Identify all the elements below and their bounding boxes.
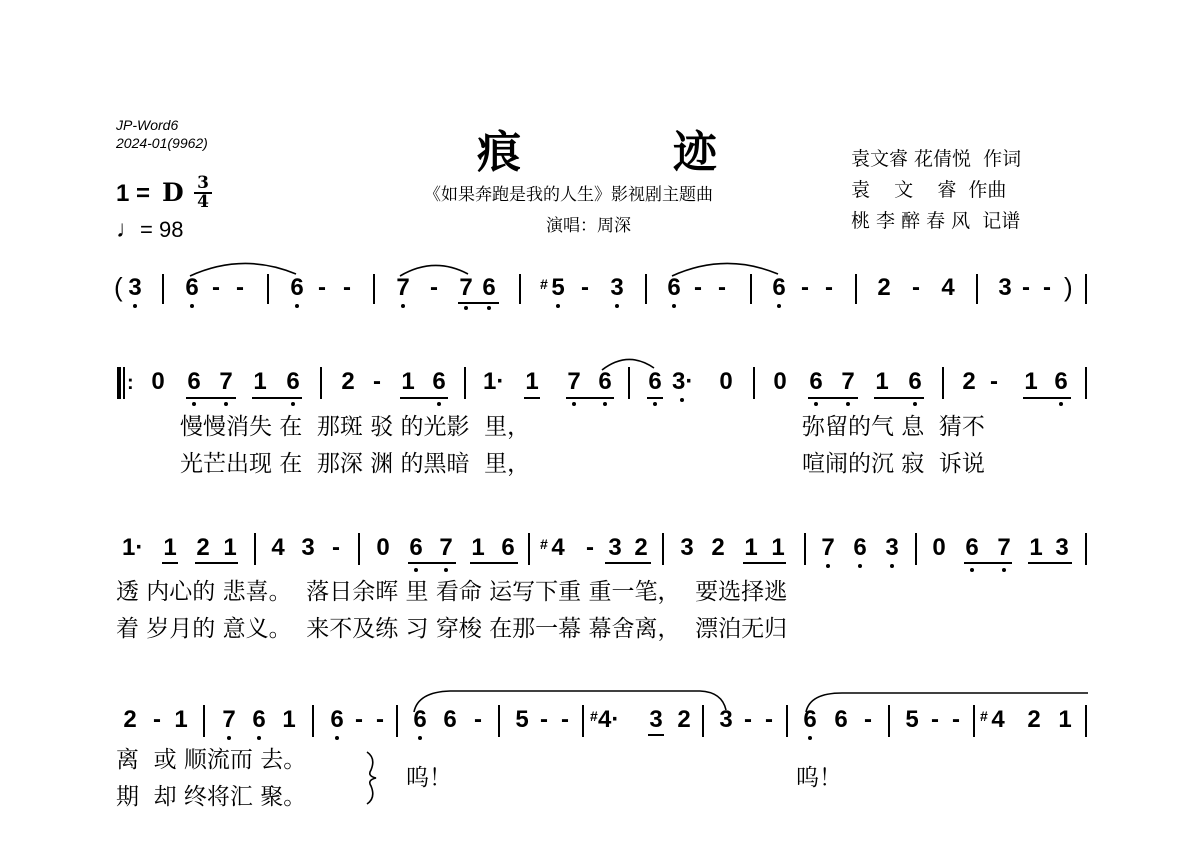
note: 6: [283, 368, 303, 396]
underline: [408, 562, 456, 564]
note: #5: [548, 274, 568, 302]
open-parenthesis: (: [114, 272, 123, 303]
repeat-dots: :: [127, 372, 134, 395]
note: 1: [220, 534, 240, 562]
bar-line: [320, 367, 322, 399]
note: 2: [708, 534, 728, 562]
bar-line: [528, 533, 530, 565]
note: 3·: [672, 368, 692, 396]
bar-line: [519, 274, 521, 304]
note: 7: [456, 274, 476, 302]
credits-lyricist: 袁文睿 花倩悦 作词: [851, 144, 1021, 175]
note: 3: [1052, 534, 1072, 562]
lyrics-verse1-line2a: 慢慢消失 在 那斑 驳 的光影 里，: [180, 413, 530, 441]
underline: [162, 562, 178, 564]
slur: [398, 258, 470, 278]
bar-line: [645, 274, 647, 304]
underline: [874, 397, 924, 399]
bar-line: [254, 533, 256, 565]
note: 1: [741, 534, 761, 562]
note: 6: [806, 368, 826, 396]
dash: -: [367, 368, 387, 396]
note: 6: [595, 368, 615, 396]
dash: -: [370, 706, 390, 734]
note: 6: [249, 706, 269, 734]
bar-line: [662, 533, 664, 565]
underline: [186, 397, 236, 399]
bar-line: [464, 367, 466, 399]
note: 6: [850, 534, 870, 562]
note: 7: [818, 534, 838, 562]
note: 6: [287, 274, 307, 302]
subtitle: 《如果奔跑是我的人生》影视剧主题曲: [424, 180, 713, 205]
lyrics-verse2-line4: 期 却 终将汇 聚。: [116, 783, 306, 811]
time-signature: 3 4: [194, 176, 212, 210]
underline: [808, 397, 858, 399]
dash: -: [580, 534, 600, 562]
dash: -: [906, 274, 926, 302]
note: 0: [716, 368, 736, 396]
dash: -: [206, 274, 226, 302]
note: 1: [468, 534, 488, 562]
note: 0: [148, 368, 168, 396]
note: 3: [125, 274, 145, 302]
bar-line: [753, 367, 755, 399]
underline: [1028, 562, 1072, 564]
note: 2: [120, 706, 140, 734]
dash: -: [1037, 274, 1057, 302]
bar-line: [855, 274, 857, 304]
underline: [195, 562, 238, 564]
dash: -: [984, 368, 1004, 396]
dash: -: [575, 274, 595, 302]
note: 6: [479, 274, 499, 302]
note: 1: [279, 706, 299, 734]
singer: 演唱：周深: [546, 211, 631, 236]
note: 1·: [122, 534, 142, 562]
bar-line: [267, 274, 269, 304]
underline: [524, 397, 540, 399]
tempo: ♩= 98: [116, 216, 183, 244]
slur: [600, 352, 658, 372]
note: 6: [184, 368, 204, 396]
software-name: JP-Word6: [116, 117, 178, 134]
note: 2: [631, 534, 651, 562]
lyrics-verse1-line2b: 弥留的气 息 猜不: [802, 413, 985, 441]
note: 7: [219, 706, 239, 734]
note: 3: [995, 274, 1015, 302]
dash: -: [795, 274, 815, 302]
note: 6: [498, 534, 518, 562]
dash: -: [712, 274, 732, 302]
dash: -: [230, 274, 250, 302]
dash: -: [349, 706, 369, 734]
close-parenthesis: ): [1064, 272, 1073, 303]
bar-line: [1085, 533, 1087, 565]
note: 3: [298, 534, 318, 562]
dash: -: [819, 274, 839, 302]
note: 1: [160, 534, 180, 562]
note: 7: [994, 534, 1014, 562]
underline: [252, 397, 302, 399]
dash: -: [1016, 274, 1036, 302]
bar-line: [162, 274, 164, 304]
bar-line: [786, 705, 788, 737]
bar-line: [804, 533, 806, 565]
underline: [648, 734, 664, 736]
time-bottom: 4: [194, 195, 212, 210]
note: 1: [768, 534, 788, 562]
dash: -: [688, 274, 708, 302]
note: 7: [393, 274, 413, 302]
note: 7: [838, 368, 858, 396]
note: 1: [522, 368, 542, 396]
note: 0: [770, 368, 790, 396]
note: 1: [171, 706, 191, 734]
note: 7: [216, 368, 236, 396]
note: 2: [338, 368, 358, 396]
note: 2: [874, 274, 894, 302]
note: 6: [664, 274, 684, 302]
bar-line: [750, 274, 752, 304]
note: 6: [327, 706, 347, 734]
underline: [400, 397, 448, 399]
software-version: 2024-01(9962): [116, 135, 208, 152]
note: 6: [429, 368, 449, 396]
quarter-note-icon: ♩: [116, 216, 140, 243]
repeat-thin-bar: [123, 367, 125, 399]
lyrics-verse1-line3: 透 内心的 悲喜。 落日余晖 里 看命 运写下重 重一笔， 要选择逃: [116, 578, 787, 606]
note: 2: [959, 368, 979, 396]
note: 4: [268, 534, 288, 562]
credits-transcriber: 桃 李 醉 春 风 记谱: [851, 206, 1020, 237]
underline: [605, 562, 651, 564]
slur: [802, 690, 1092, 714]
credits-composer: 袁 文 睿 作曲: [851, 175, 1006, 206]
title-char-1: 痕: [477, 116, 521, 180]
note: 4: [938, 274, 958, 302]
bar-line: [976, 274, 978, 304]
note: 1: [872, 368, 892, 396]
dash: -: [326, 534, 346, 562]
lyrics-verse1-line4: 离 或 顺流而 去。: [116, 746, 306, 774]
dash: -: [337, 274, 357, 302]
vocalise-1: 呜！: [406, 764, 452, 792]
note: 6: [645, 368, 665, 396]
note: 1: [250, 368, 270, 396]
note: 6: [182, 274, 202, 302]
slur: [670, 256, 782, 278]
underline: [566, 397, 614, 399]
note: 3: [607, 274, 627, 302]
key-note: D: [162, 178, 184, 207]
note: 6: [1051, 368, 1071, 396]
underline: [1023, 397, 1071, 399]
note: 1: [398, 368, 418, 396]
underline: [647, 397, 663, 399]
underline: [743, 562, 786, 564]
note: 3: [882, 534, 902, 562]
note: 6: [905, 368, 925, 396]
note: 7: [564, 368, 584, 396]
note: 2: [193, 534, 213, 562]
lyrics-verse2-line3: 着 岁月的 意义。 来不及练 习 穿梭 在那一幕 幕舍离， 漂泊无归: [116, 615, 787, 643]
note: 6: [406, 534, 426, 562]
underline: [458, 302, 499, 304]
verse-brace: [364, 748, 380, 808]
lyrics-verse2-line2a: 光芒出现 在 那深 渊 的黑暗 里，: [180, 450, 530, 478]
dash: -: [738, 706, 758, 734]
underline: [964, 562, 1012, 564]
bar-line: [1085, 367, 1087, 399]
repeat-thick-bar: [117, 367, 121, 399]
bar-line: [358, 533, 360, 565]
key-prefix: 1 =: [116, 180, 150, 208]
note: #4: [548, 534, 568, 562]
time-top: 3: [194, 176, 212, 191]
note: 1·: [483, 368, 503, 396]
bar-line: [312, 705, 314, 737]
note: 7: [436, 534, 456, 562]
bar-line: [1085, 274, 1087, 304]
underline: [470, 562, 518, 564]
note: 1: [1021, 368, 1041, 396]
dash: -: [147, 706, 167, 734]
slur: [410, 688, 730, 714]
dash: -: [424, 274, 444, 302]
slur: [188, 256, 300, 278]
dash: -: [312, 274, 332, 302]
note: 0: [373, 534, 393, 562]
note: 1: [1026, 534, 1046, 562]
tempo-value: = 98: [140, 217, 183, 242]
vocalise-2: 呜！: [796, 764, 842, 792]
bar-line: [203, 705, 205, 737]
bar-line: [942, 367, 944, 399]
bar-line: [915, 533, 917, 565]
dash: -: [759, 706, 779, 734]
note: 3: [677, 534, 697, 562]
title-char-2: 迹: [673, 116, 717, 180]
bar-line: [373, 274, 375, 304]
bar-line: [396, 705, 398, 737]
note: 6: [962, 534, 982, 562]
note: 3: [605, 534, 625, 562]
note: 6: [769, 274, 789, 302]
note: 0: [929, 534, 949, 562]
lyrics-verse2-line2b: 喧闹的沉 寂 诉说: [802, 450, 985, 478]
